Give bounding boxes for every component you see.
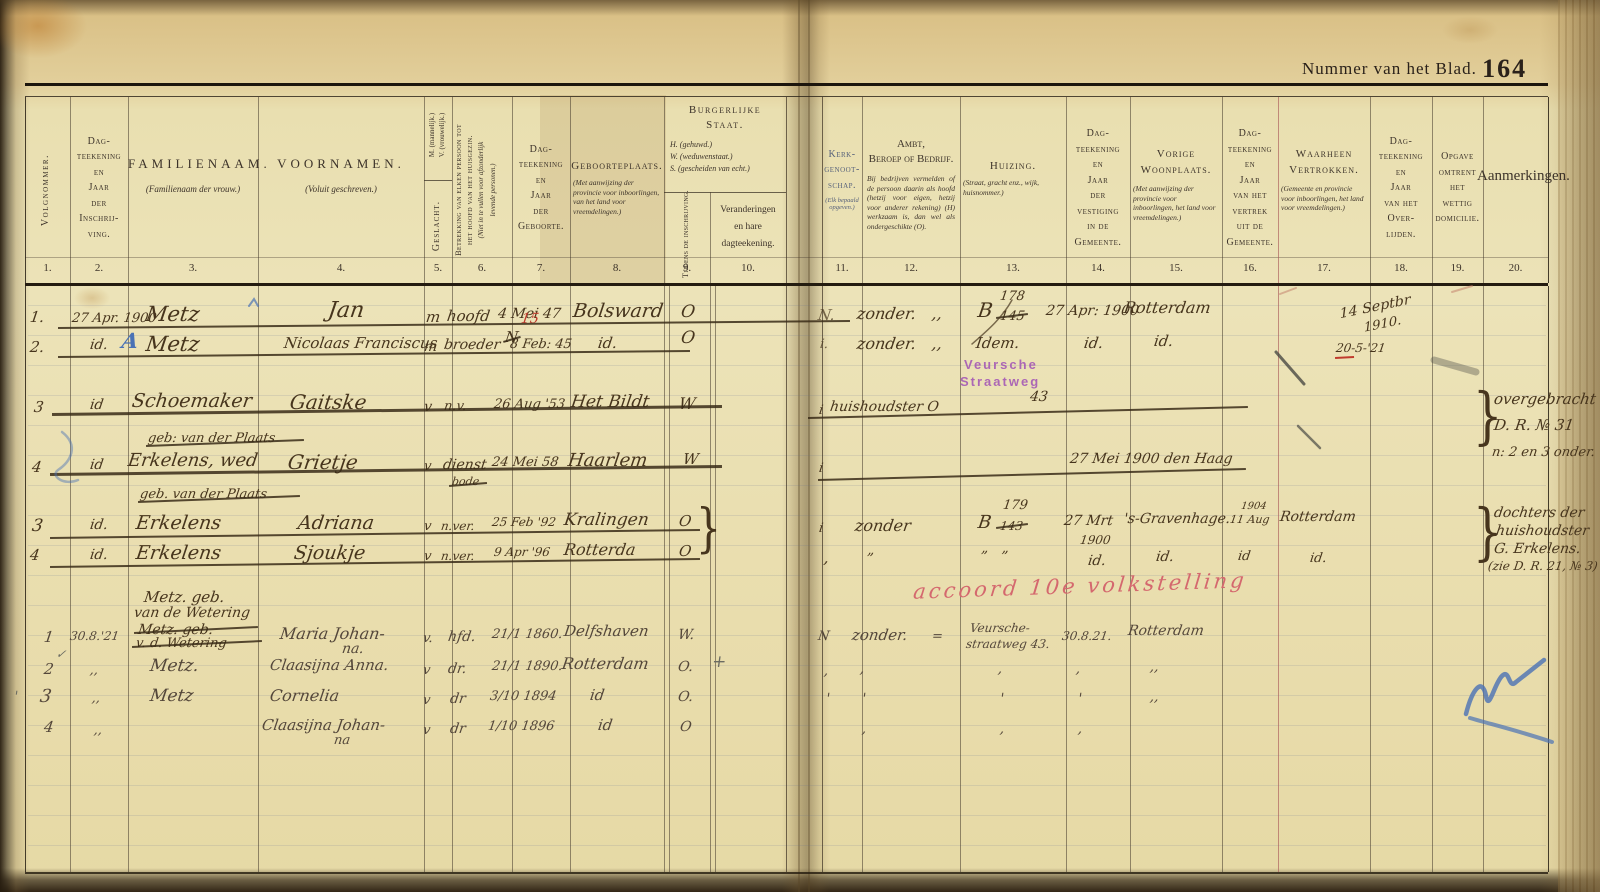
blue-w-tail (1470, 718, 1552, 742)
pen-scribbles-layer (0, 0, 1600, 892)
faint-red-mark-2 (1452, 286, 1472, 292)
blue-caret-mark (249, 299, 258, 306)
pen-flourish (972, 300, 1012, 344)
register-page: Nummer van het Blad. 164 1.Volgnommer.2.… (0, 0, 1600, 892)
pencil-dash-2 (1298, 426, 1320, 448)
blue-scribble-left (56, 432, 78, 482)
pencil-smudge (1434, 360, 1476, 372)
pencil-dash-1 (1276, 352, 1304, 384)
blue-w-scrawl (1466, 660, 1544, 714)
faint-red-mark-1 (1280, 288, 1296, 294)
